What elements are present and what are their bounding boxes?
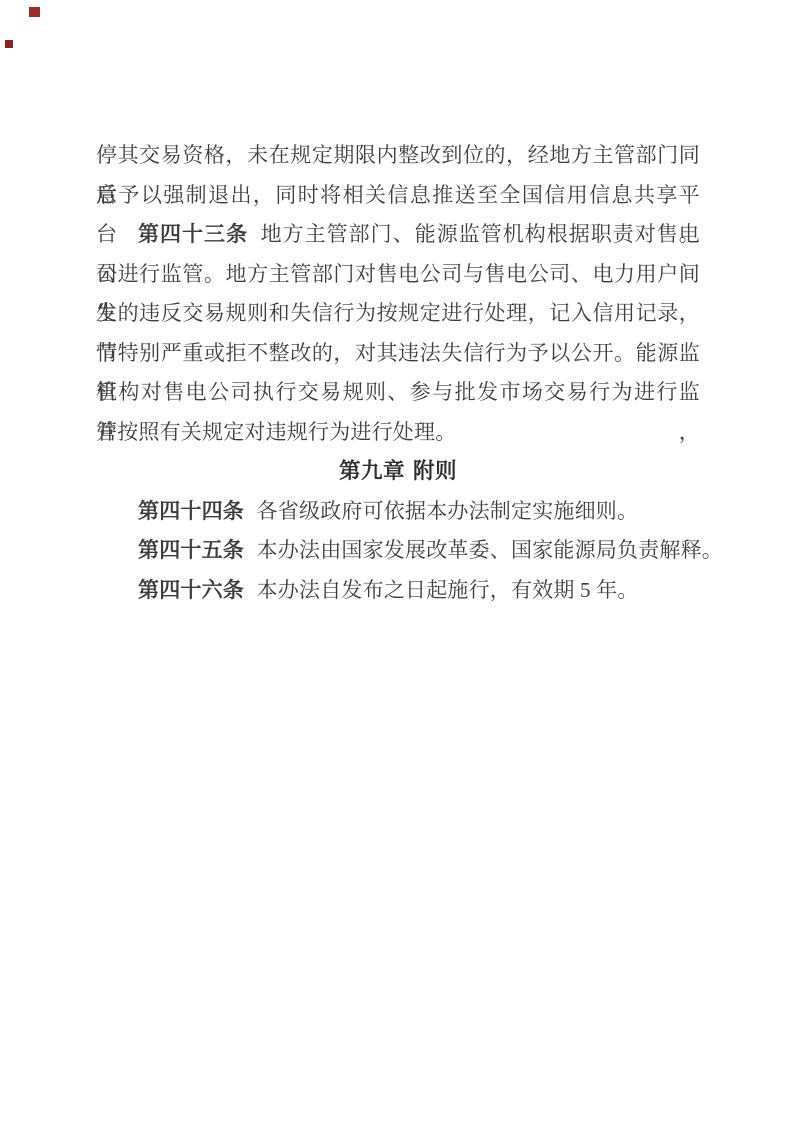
article-44-text: 各省级政府可依据本办法制定实施细则。 bbox=[257, 499, 639, 523]
red-stamp-mark-left bbox=[5, 40, 13, 48]
carryover-paragraph-line-2: 后予以强制退出，同时将相关信息推送至全国信用信息共享平台。 bbox=[96, 176, 700, 216]
article-44-line: 第四十四条各省级政府可依据本办法制定实施细则。 bbox=[96, 492, 700, 532]
article-43-line-1: 第四十三条地方主管部门、能源监管机构根据职责对售电公 bbox=[96, 215, 700, 255]
article-46-line: 第四十六条本办法自发布之日起施行，有效期 5 年。 bbox=[96, 571, 700, 611]
carryover-paragraph-line-1: 停其交易资格，未在规定期限内整改到位的，经地方主管部门同意 bbox=[96, 136, 700, 176]
article-45-text: 本办法由国家发展改革委、国家能源局负责解释。 bbox=[257, 538, 723, 562]
article-44-label: 第四十四条 bbox=[138, 499, 244, 523]
article-45-line: 第四十五条本办法由国家发展改革委、国家能源局负责解释。 bbox=[96, 531, 700, 571]
article-43-line-3: 生的违反交易规则和失信行为按规定进行处理，记入信用记录，情 bbox=[96, 294, 700, 334]
article-45-label: 第四十五条 bbox=[138, 538, 244, 562]
document-text-block: 停其交易资格，未在规定期限内整改到位的，经地方主管部门同意 后予以强制退出，同时… bbox=[96, 136, 700, 610]
chapter-9-heading: 第九章 附则 bbox=[96, 452, 700, 492]
article-46-text: 本办法自发布之日起施行，有效期 5 年。 bbox=[257, 578, 639, 602]
red-stamp-mark-top bbox=[29, 7, 40, 17]
article-43-label: 第四十三条 bbox=[138, 222, 248, 246]
article-43-line-2: 司进行监管。地方主管部门对售电公司与售电公司、电力用户间发 bbox=[96, 255, 700, 295]
article-46-label: 第四十六条 bbox=[138, 578, 244, 602]
article-43-line-5: 机构对售电公司执行交易规则、参与批发市场交易行为进行监管， bbox=[96, 373, 700, 413]
document-page: 停其交易资格，未在规定期限内整改到位的，经地方主管部门同意 后予以强制退出，同时… bbox=[0, 0, 794, 1123]
article-43-line-4: 节特别严重或拒不整改的，对其违法失信行为予以公开。能源监管 bbox=[96, 334, 700, 374]
